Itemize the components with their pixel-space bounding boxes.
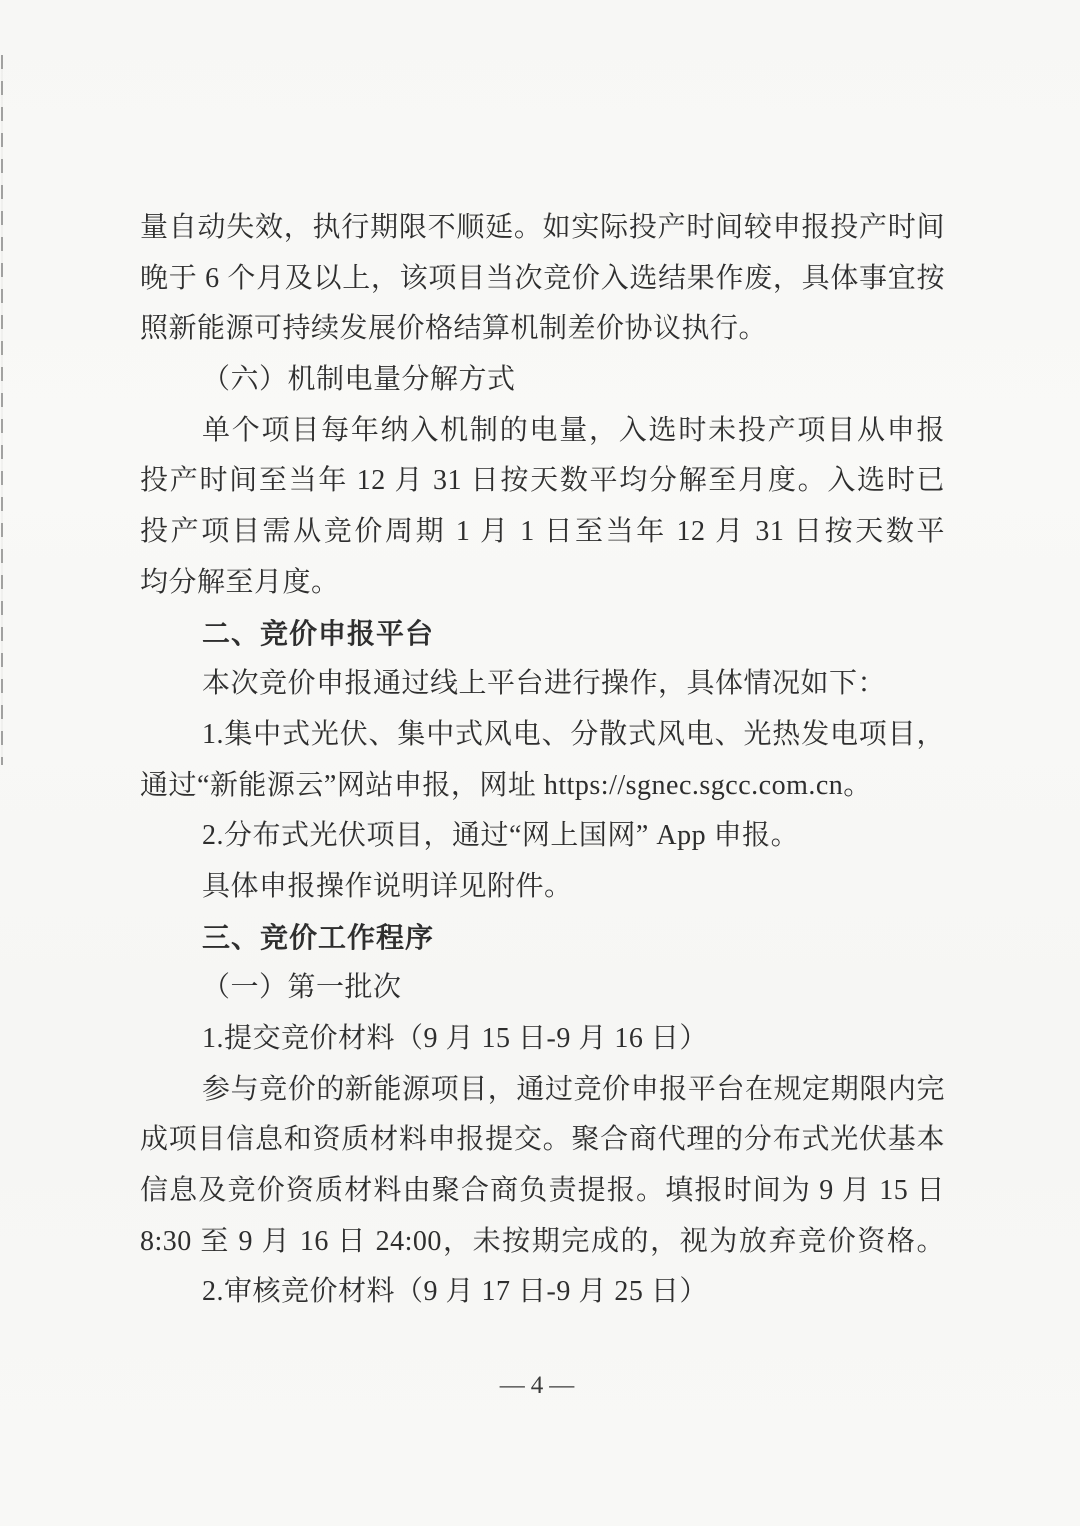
list-item-line: 1.提交竞价材料（9 月 15 日-9 月 16 日）	[140, 1014, 945, 1065]
page-number: —4—	[0, 1372, 1080, 1400]
paragraph-line: 本次竞价申报通过线上平台进行操作，具体情况如下：	[140, 659, 945, 710]
paragraph-line: 8:30 至 9 月 16 日 24:00，未按期完成的，视为放弃竞价资格。	[140, 1217, 945, 1268]
paragraph-line: 晚于 6 个月及以上，该项目当次竞价入选结果作废，具体事宜按	[140, 254, 945, 305]
paragraph-line: 量自动失效，执行期限不顺延。如实际投产时间较申报投产时间	[140, 203, 945, 254]
list-item-line: 2.分布式光伏项目，通过“网上国网” App 申报。	[140, 811, 945, 862]
paragraph-line: 投产时间至当年 12 月 31 日按天数平均分解至月度。入选时已	[140, 456, 945, 507]
paragraph-line: 照新能源可持续发展价格结算机制差价协议执行。	[140, 304, 945, 355]
paragraph-line: 均分解至月度。	[140, 558, 945, 609]
paragraph-line: 单个项目每年纳入机制的电量，入选时未投产项目从申报	[140, 406, 945, 457]
subsection-heading: （一）第一批次	[140, 963, 945, 1014]
list-item-line: 2.审核竞价材料（9 月 17 日-9 月 25 日）	[140, 1267, 945, 1318]
url-line: 通过“新能源云”网站申报，网址 https://sgnec.sgcc.com.c…	[140, 761, 945, 812]
section-heading: 三、竞价工作程序	[140, 913, 945, 964]
scanned-document-page: 量自动失效，执行期限不顺延。如实际投产时间较申报投产时间 晚于 6 个月及以上，…	[0, 0, 1080, 1526]
list-item-line: 1.集中式光伏、集中式风电、分散式风电、光热发电项目，	[140, 710, 945, 761]
document-body: 量自动失效，执行期限不顺延。如实际投产时间较申报投产时间 晚于 6 个月及以上，…	[140, 203, 945, 1318]
paragraph-line: 投产项目需从竞价周期 1 月 1 日至当年 12 月 31 日按天数平	[140, 507, 945, 558]
paragraph-line: 信息及竞价资质材料由聚合商负责提报。填报时间为 9 月 15 日	[140, 1166, 945, 1217]
section-heading: 二、竞价申报平台	[140, 609, 945, 660]
scan-artifact-line	[1, 55, 3, 765]
paragraph-line: 参与竞价的新能源项目，通过竞价申报平台在规定期限内完	[140, 1065, 945, 1116]
paragraph-line: 具体申报操作说明详见附件。	[140, 862, 945, 913]
subsection-heading: （六）机制电量分解方式	[140, 355, 945, 406]
paragraph-line: 成项目信息和资质材料申报提交。聚合商代理的分布式光伏基本	[140, 1115, 945, 1166]
